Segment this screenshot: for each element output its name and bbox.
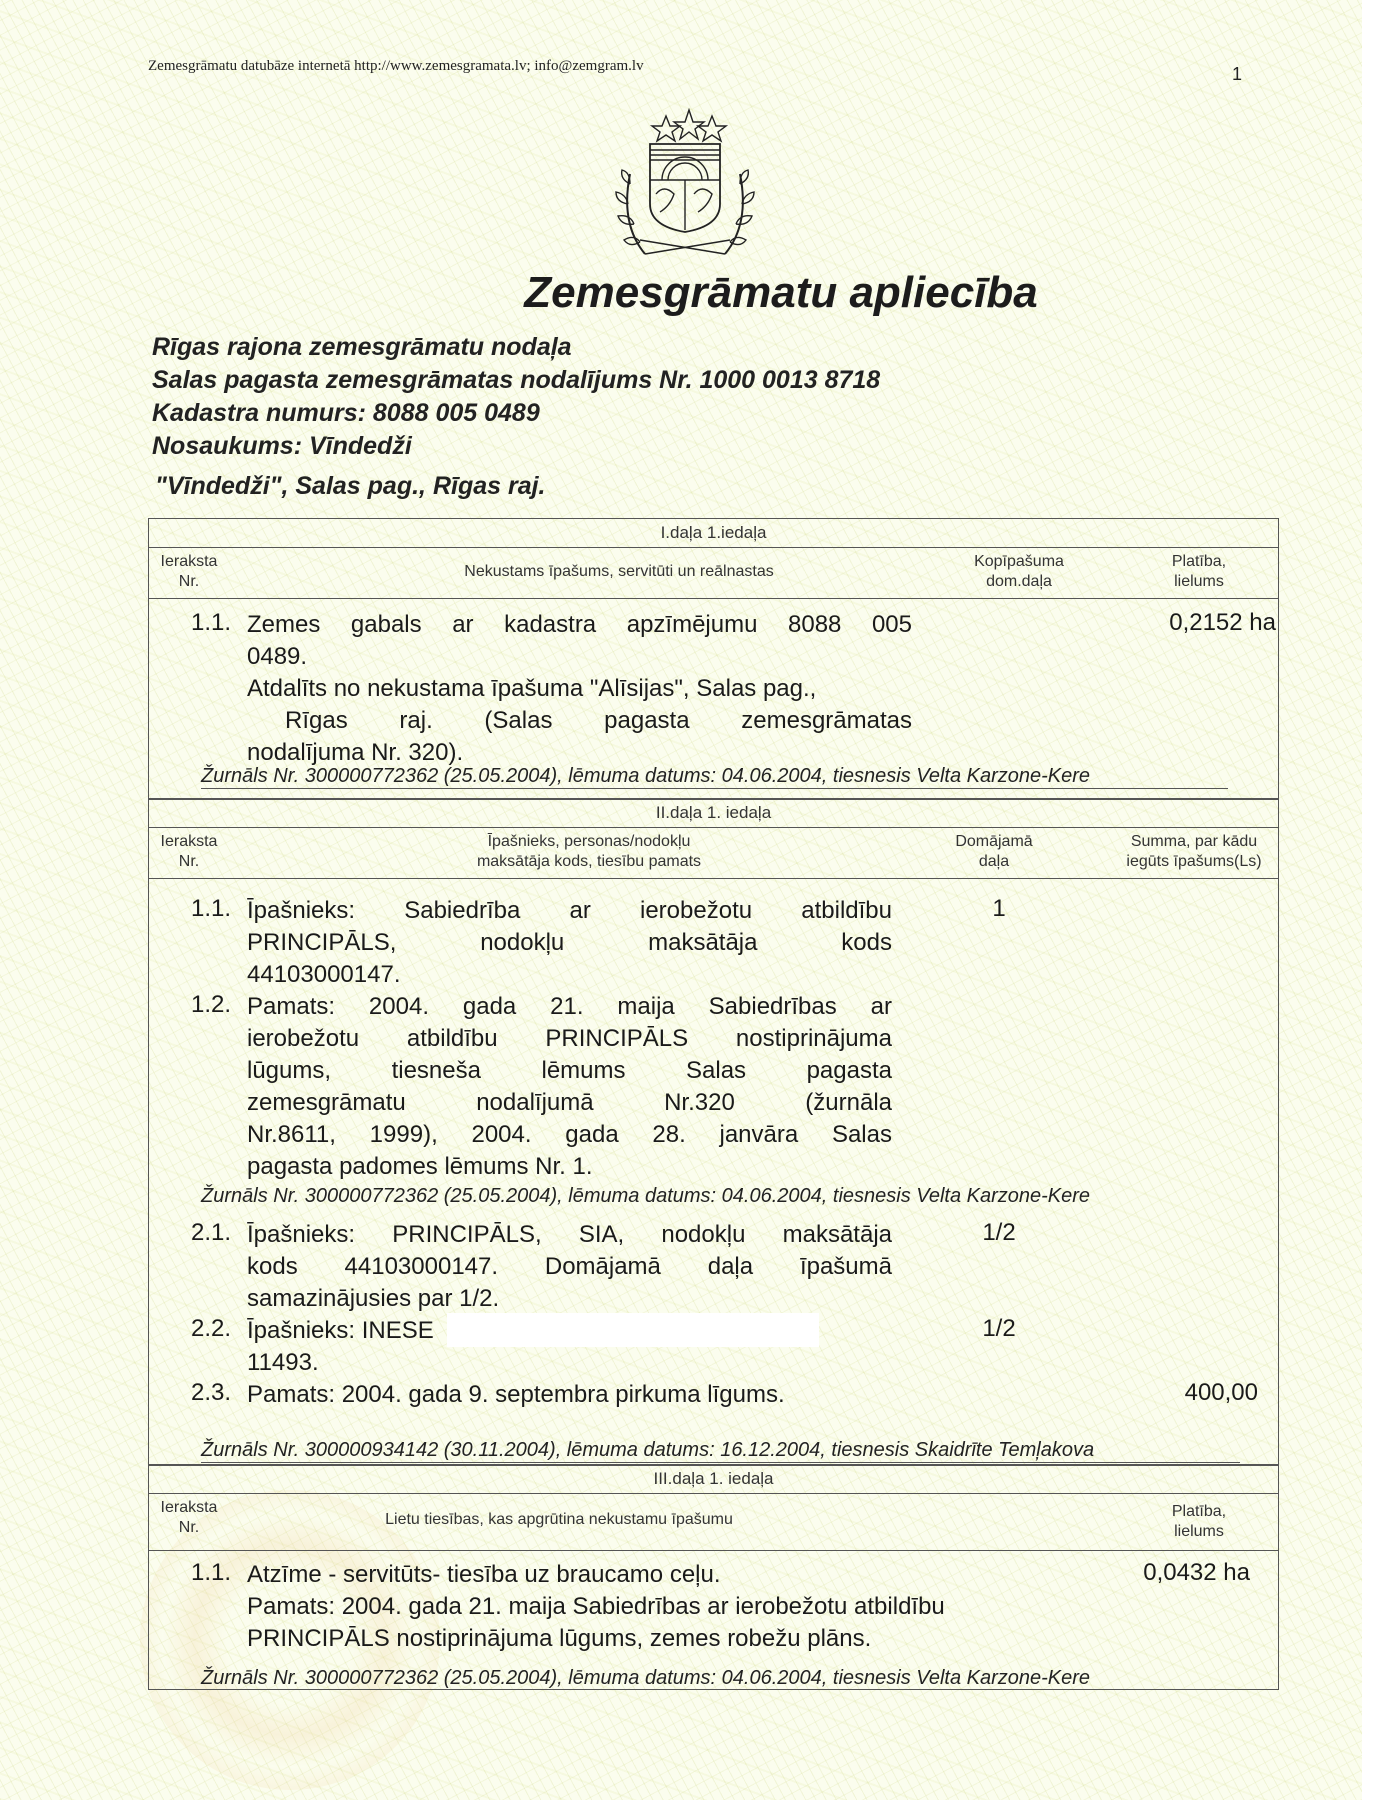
entry-line: zemesgrāmatu nodalījumā Nr.320 (žurnāla — [247, 1087, 892, 1119]
header-entry-nr: Ieraksta Nr. — [159, 832, 219, 872]
purchase-sum-value: 400,00 — [1185, 1379, 1258, 1407]
entry-line: ierobežotu atbildību PRINCIPĀLS nostipri… — [247, 1023, 892, 1055]
entry-line: kods 44103000147. Domājamā daļa īpašumā — [247, 1251, 892, 1283]
section-1-header: Ieraksta Nr. Nekustams īpašums, servitūt… — [149, 548, 1278, 599]
entry-line: Atzīme - servitūts- tiesība uz braucamo … — [247, 1559, 1147, 1591]
entry-line: 11493. — [247, 1347, 892, 1379]
cadastre-number: Kadastra numurs: 8088 005 0489 — [152, 399, 540, 428]
section-2-table: II.daļa 1. iedaļa Ieraksta Nr. Īpašnieks… — [148, 798, 1279, 1466]
entry-number: 1.1. — [191, 895, 231, 923]
section-2-caption: II.daļa 1. iedaļa — [149, 799, 1278, 828]
entry-line: pagasta padomes lēmums Nr. 1. — [247, 1151, 892, 1183]
header-entry-nr: Ieraksta Nr. — [159, 1498, 219, 1538]
entry-line: 0489. — [247, 641, 912, 673]
entry-text: Atzīme - servitūts- tiesība uz braucamo … — [247, 1559, 1147, 1655]
section-1-caption: I.daļa 1.iedaļa — [149, 519, 1278, 548]
journal-entry: Žurnāls Nr. 300000934142 (30.11.2004), l… — [201, 1439, 1240, 1463]
journal-entry: Žurnāls Nr. 300000772362 (25.05.2004), l… — [201, 1667, 1230, 1690]
entry-number: 1.2. — [191, 991, 231, 1019]
certificate-page: Zemesgrāmatu datubāze internetā http://w… — [0, 0, 1362, 1800]
area-value: 0,2152 ha — [1169, 609, 1276, 637]
section-1-table: I.daļa 1.iedaļa Ieraksta Nr. Nekustams ī… — [148, 518, 1279, 800]
entry-text: Pamats: 2004. gada 21. maija Sabiedrības… — [247, 991, 892, 1183]
share-value: 1/2 — [969, 1315, 1029, 1343]
entry-number: 1.1. — [191, 1559, 231, 1587]
header-co-ownership-share: Kopīpašuma dom.daļa — [949, 552, 1089, 592]
redacted-region — [447, 1313, 819, 1347]
folio-number: Salas pagasta zemesgrāmatas nodalījums N… — [152, 366, 880, 395]
share-value: 1 — [979, 895, 1019, 923]
document-title: Zemesgrāmatu apliecība — [0, 268, 1362, 318]
page-number: 1 — [1232, 64, 1242, 85]
section-3-header: Ieraksta Nr. Lietu tiesības, kas apgrūti… — [149, 1494, 1278, 1551]
header-purchase-sum: Summa, par kādu iegūts īpašums(Ls) — [1109, 832, 1279, 872]
entry-number: 2.1. — [191, 1219, 231, 1247]
header-area: Platība, lielums — [1134, 1502, 1264, 1542]
entry-line: Pamats: 2004. gada 21. maija Sabiedrības… — [247, 1591, 1147, 1623]
header-description: Nekustams īpašums, servitūti un reālnast… — [409, 562, 829, 582]
latvia-coat-of-arms-icon — [600, 104, 770, 264]
entry-line: lūgums, tiesneša lēmums Salas pagasta — [247, 1055, 892, 1087]
section-3-caption: III.daļa 1. iedaļa — [149, 1465, 1278, 1494]
entry-text: Zemes gabals ar kadastra apzīmējumu 8088… — [247, 609, 912, 769]
entry-text: Pamats: 2004. gada 9. septembra pirkuma … — [247, 1379, 892, 1411]
header-share: Domājamā daļa — [944, 832, 1044, 872]
entry-number: 2.3. — [191, 1379, 231, 1407]
share-value: 1/2 — [969, 1219, 1029, 1247]
section-2-header: Ieraksta Nr. Īpašnieks, personas/nodokļu… — [149, 828, 1278, 879]
section-3-table: III.daļa 1. iedaļa Ieraksta Nr. Lietu ti… — [148, 1464, 1279, 1690]
header-entry-nr: Ieraksta Nr. — [159, 552, 219, 592]
entry-text: Īpašnieks: Sabiedrība ar ierobežotu atbi… — [247, 895, 892, 991]
header-area: Platība, lielums — [1134, 552, 1264, 592]
header-owner: Īpašnieks, personas/nodokļu maksātāja ko… — [439, 832, 739, 872]
entry-line: Atdalīts no nekustama īpašuma "Alīsijas"… — [247, 673, 912, 705]
database-source-line: Zemesgrāmatu datubāze internetā http://w… — [148, 58, 644, 75]
entry-line: Īpašnieks: PRINCIPĀLS, SIA, nodokļu maks… — [247, 1219, 892, 1251]
entry-line: 44103000147. — [247, 959, 892, 991]
entry-line: PRINCIPĀLS nostiprinājuma lūgums, zemes … — [247, 1623, 1147, 1655]
journal-entry: Žurnāls Nr. 300000772362 (25.05.2004), l… — [201, 1185, 1228, 1208]
entry-line: Rīgas raj. (Salas pagasta zemesgrāmatas — [247, 705, 912, 737]
entry-line: Pamats: 2004. gada 21. maija Sabiedrības… — [247, 991, 892, 1023]
journal-entry: Žurnāls Nr. 300000772362 (25.05.2004), l… — [201, 765, 1228, 789]
registry-office: Rīgas rajona zemesgrāmatu nodaļa — [152, 333, 572, 362]
property-name: Nosaukums: Vīndedži — [152, 432, 412, 461]
entry-line: samazinājusies par 1/2. — [247, 1283, 892, 1315]
entry-number: 2.2. — [191, 1315, 231, 1343]
area-value: 0,0432 ha — [1143, 1559, 1250, 1587]
entry-line: PRINCIPĀLS, nodokļu maksātāja kods — [247, 927, 892, 959]
entry-line: Nr.8611, 1999), 2004. gada 28. janvāra S… — [247, 1119, 892, 1151]
entry-line: Īpašnieks: Sabiedrība ar ierobežotu atbi… — [247, 895, 892, 927]
entry-line: Zemes gabals ar kadastra apzīmējumu 8088… — [247, 609, 912, 641]
entry-line: Pamats: 2004. gada 9. septembra pirkuma … — [247, 1379, 892, 1411]
entry-text: Īpašnieks: PRINCIPĀLS, SIA, nodokļu maks… — [247, 1219, 892, 1315]
header-encumbrances: Lietu tiesības, kas apgrūtina nekustamu … — [349, 1510, 769, 1530]
entry-number: 1.1. — [191, 609, 231, 637]
property-address: "Vīndedži", Salas pag., Rīgas raj. — [155, 472, 546, 501]
